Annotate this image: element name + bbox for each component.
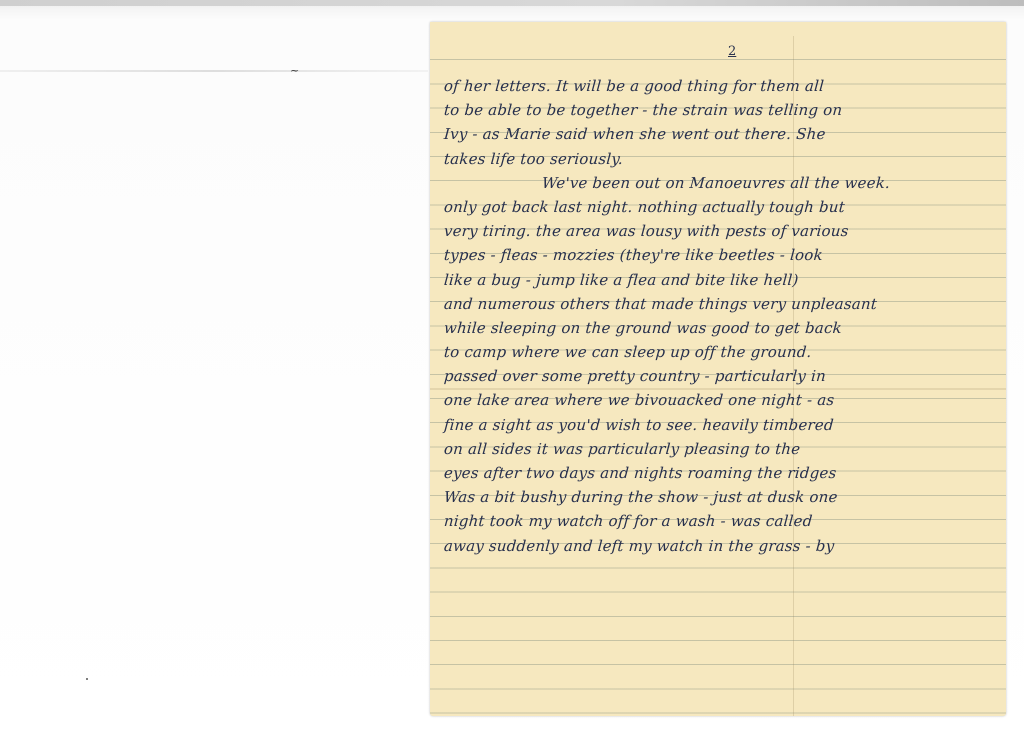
handwritten-text-block: of her letters. It will be a good thing … xyxy=(444,74,1000,558)
text-line: and numerous others that made things ver… xyxy=(443,292,1001,316)
text-line: only got back last night. nothing actual… xyxy=(443,195,1001,219)
text-line: eyes after two days and nights roaming t… xyxy=(443,461,1001,485)
page-number: 2 xyxy=(728,44,736,59)
stray-ink-mark: ~ xyxy=(290,64,299,77)
stray-dot xyxy=(86,678,88,680)
text-line: Was a bit bushy during the show - just a… xyxy=(443,485,1001,509)
text-line: on all sides it was particularly pleasin… xyxy=(443,437,1001,461)
scanner-lid-edge xyxy=(0,0,1024,6)
letter-page: 2 of her letters. It will be a good thin… xyxy=(430,22,1006,716)
text-line: types - fleas - mozzies (they're like be… xyxy=(443,243,1001,267)
text-line: of her letters. It will be a good thing … xyxy=(443,74,1001,98)
text-line: to camp where we can sleep up off the gr… xyxy=(443,340,1001,364)
text-line: fine a sight as you'd wish to see. heavi… xyxy=(443,413,1001,437)
text-line: very tiring. the area was lousy with pes… xyxy=(443,219,1001,243)
text-line: takes life too seriously. xyxy=(443,147,1001,171)
text-line: to be able to be together - the strain w… xyxy=(443,98,1001,122)
text-line: like a bug - jump like a flea and bite l… xyxy=(443,268,1001,292)
background-crease xyxy=(0,70,428,72)
text-line: night took my watch off for a wash - was… xyxy=(443,509,1001,533)
text-line: passed over some pretty country - partic… xyxy=(443,364,1001,388)
text-line: while sleeping on the ground was good to… xyxy=(443,316,1001,340)
paragraph-start-line: We've been out on Manoeuvres all the wee… xyxy=(443,171,1001,195)
text-line: Ivy - as Marie said when she went out th… xyxy=(443,122,1001,146)
text-line: away suddenly and left my watch in the g… xyxy=(443,534,1001,558)
text-line: one lake area where we bivouacked one ni… xyxy=(443,388,1001,412)
